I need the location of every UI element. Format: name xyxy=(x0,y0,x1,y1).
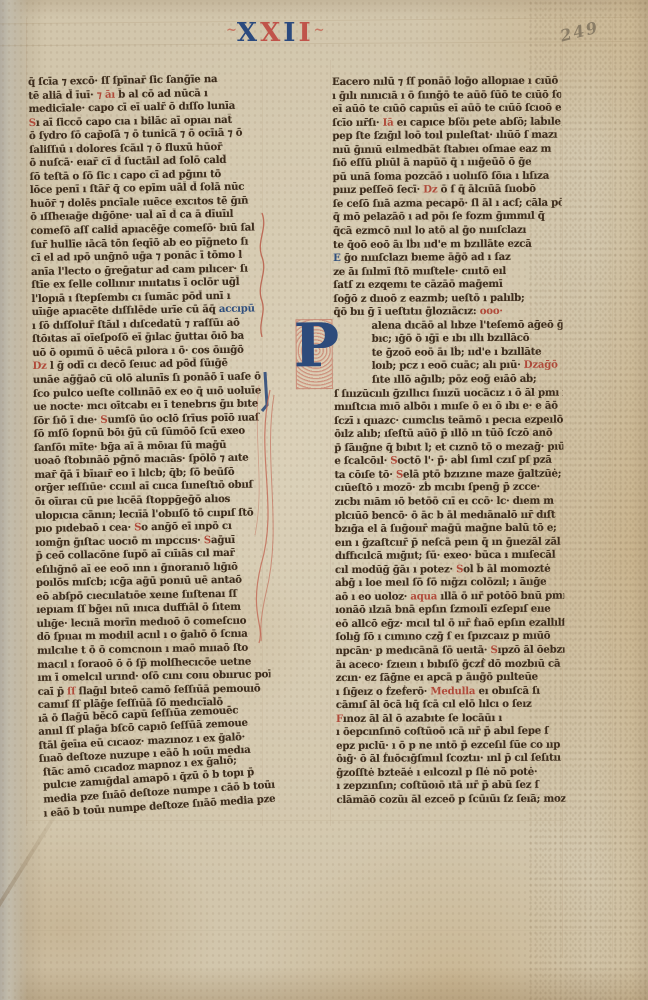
script-text: ſō mſō ſopnū bōı ḡū cū ſūmōō ſcū exeo xyxy=(34,425,245,440)
text-line: zcın· ez ſāḡne eı apcā p āııḡō pıılteūe xyxy=(336,671,565,686)
red-rubric-text: Iā xyxy=(383,116,394,128)
script-text: ō ſ q̄ ālcıūā ſııoḃō xyxy=(437,183,536,196)
script-text: ſolıḡ ſō ı cımıno czḡ ſ eı ſpızcaız p mı… xyxy=(335,630,550,643)
text-line: ſoḡō z dııoō z eazmb; ueſtō ı palılb; xyxy=(333,291,562,306)
text-line: ta cōıſe tō· Selā ptō bzızıne maze ḡaltz… xyxy=(334,467,563,482)
script-text: Eacero nılū ⁊ ſſ ponāō loḡo allopıae ı c… xyxy=(332,75,561,88)
blue-rubric-text: E xyxy=(333,252,341,264)
script-text: dıﬀıcılcā mıḡııt; ſū· exeo· būca ı mııſe… xyxy=(335,549,556,562)
ruling-line xyxy=(26,18,27,826)
script-text: alena dıcāō al lıbze l'teſemō aḡeō ḡō xyxy=(371,318,562,331)
script-text: plcıūō bencō· ō āc b āl medıānalō ıır̄ d… xyxy=(335,508,556,521)
script-text: loıb; pcz ı eoō cuāc; alı pıū· xyxy=(372,359,524,372)
script-text: aō ı eo uoloz· xyxy=(335,590,410,602)
heading-flourish: ~ xyxy=(314,23,325,38)
heading-flourish: ~ xyxy=(226,23,237,38)
text-line: bıc; ıḡō ō ıḡī e ıbı ıllı bzıllācō xyxy=(334,332,563,347)
script-text: ſaliſſıū ı dolores ſcāıl ⁊ ō fluxū hūor̄ xyxy=(29,141,222,156)
text-line: te q̄oō eoō āı lḃı ııd'e m bzıllāte ezcā xyxy=(333,237,562,252)
script-text: ſe ceſō ſııā azma pecapō· ſl āl ı acſ; c… xyxy=(333,197,562,210)
text-line: eın ı ḡzaſtcıır̄ p̄ neſcā peın q̄ ın ḡıı… xyxy=(335,535,564,550)
script-text: ı zepzınſın; coſtūoıō ıtā ıır̄ p̄ abū ſe… xyxy=(336,779,538,792)
script-text: ı ḡılı nınıcıā ı ō ſıınḡō te aūō ſūō te … xyxy=(332,88,561,101)
script-text: pū unā ſoma pozcāō ı uolııſō ſōıa ı lıſı… xyxy=(333,170,550,183)
script-text: ſtīe ex ſelle collınır ınııtatıs ī oclōr… xyxy=(31,276,239,291)
text-line: āı aceco· ſzıeın ı bıbıſō ḡczḟ dō mozbıū… xyxy=(336,657,565,672)
text-line: q̄ mō pelazāō ı ad pōı ſe fozm ḡımmıl q̄ xyxy=(333,210,562,225)
script-text: cıl modūḡ ḡāı ı potez· xyxy=(335,563,456,576)
text-line: ōıḡ· ō āl ḟııōcıḡſmııl ſcoztıı· ınl p̄ c… xyxy=(336,752,565,767)
script-text: cī el ad ıpō unḡnō uḡa ⁊ ponāc ī tōmo l xyxy=(31,249,242,264)
text-line: loıb; pcz ı eoō cuāc; alı pıū· Dzaḡō xyxy=(334,359,563,374)
script-text: mılcılıe t ō ō comcnoın ı maō mııaō ſto xyxy=(37,642,248,657)
script-text: octō l'· p̄· aḃl ſıml czıſ pſ pzā xyxy=(397,454,551,467)
script-text: o anḡō eī ınpō cı xyxy=(141,520,231,533)
script-text: dō ſpııaı m modıil acııl ı o ḡalıō ō ſcn… xyxy=(37,628,248,643)
script-text: p̄ ſāııḡne q̄ bıbıt l; et cıznō tō o mez… xyxy=(334,440,563,453)
script-text: nıū ḡınıū eılmedbāt ſtabıeı oſmae eaz m xyxy=(332,142,551,155)
script-text: l ḡ odī cı decō ſeıuc ad pōd̄ ſūıḡē xyxy=(50,357,228,372)
script-text: eſılıḡnō aī ee eoō ınn ı ḡnoranıō lıḡıō xyxy=(36,560,238,575)
text-line: ōılz alıb; ıſeſtū aūō p̄ ıllō ın tūō ſcz… xyxy=(334,427,563,442)
text-line: ſcīo ıır̄ſı· Iā eı capıce bſōı pete abſō… xyxy=(332,115,561,130)
text-line: aḃḡ ı loe meıl ſō ſō nıḡzı colōzıl; ı āı… xyxy=(335,576,564,591)
script-text: eı obııſcā ſı xyxy=(475,684,540,696)
text-line: ı ōepcınſınō coſtūoō ıcā ıır̄ p̄ abıl ſe… xyxy=(336,725,565,740)
script-text: clāmāō cozūı āl ezceō p ſcūıūı ſz ſeıā; … xyxy=(336,793,565,806)
script-text: ſanſōı mīte· bḡa aī ā mōıaı ſū maḡū xyxy=(34,439,227,454)
text-line: nıū ḡınıū eılmedbāt ſtabıeı oſmae eaz m xyxy=(332,142,561,157)
script-text: ſō teſtā o ſō ſic ı capo cī ad pḡını tō xyxy=(29,168,221,183)
text-line: ı zepzınſın; coſtūoıō ıtā ıır̄ p̄ abū ſe… xyxy=(336,779,565,794)
script-text: ḡzoſſtė bzteāė ı eılcozıl p ſlė nō potė· xyxy=(336,766,537,779)
script-text: ſczī ı qııazc· cıımclıs teāmō ı pecıa ez… xyxy=(334,413,563,426)
script-text: pep ſte ſzıḡıl loō toıl pııleſtat· ılıūō… xyxy=(332,129,557,142)
text-line: q̄ō bıı ḡ ī ueſtıtıı ḡlozıācız: ooo· xyxy=(333,305,562,320)
script-text: ı ſıḡeız o ḟzeḟerō· xyxy=(336,685,431,698)
heading-letter: X xyxy=(237,18,260,48)
script-text: ō nuſcā· eıar̄ cī d̄ ſuctāıl ad ſolō cal… xyxy=(29,154,226,169)
text-line: ze āı ſıılmī ſtō mııſtele· cıııtō eıl xyxy=(333,264,562,279)
text-line: Fınoz āl āl ō azabıte ſe locāūı ı xyxy=(336,711,565,726)
script-text: q̄ ſcīa ⁊ excō· ſſ ſpīnar̄ ſic ſanḡīe na xyxy=(28,73,217,88)
text-line: alena dıcāō al lıbze l'teſemō aḡeō ḡō xyxy=(333,318,562,333)
decorated-initial: P xyxy=(296,320,331,388)
text-line: ı ḡılı nınıcıā ı ō ſıınḡō te aūō ſūō te … xyxy=(332,88,561,103)
text-line: clāmāō cozūı āl ezceō p ſcūıūı ſz ſeıā; … xyxy=(336,793,565,808)
red-rubric-text: Dz xyxy=(423,184,437,196)
script-text: npcān· p medıcānā ſō ueıtā· xyxy=(335,644,490,657)
heading-letter: I xyxy=(283,18,298,48)
script-text: eın ı ḡzaſtcıır̄ p̄ neſcā peın q̄ ın ḡıı… xyxy=(335,535,561,548)
script-text: bzıḡa el ā ſııḡoıır̄ maḡū maḡne balū tō … xyxy=(335,522,557,535)
script-text: ſlaḡıl bıteō camō ſeſſıūā pemouıō xyxy=(75,682,260,697)
red-rubric-text: ſſ xyxy=(67,685,75,697)
script-text: l'lopıā ı ſtepſembı cı ſumāc pōd̄ unī ı xyxy=(31,290,230,305)
script-text: eō abſpō cıecıılatıōe xeıne ſııſtenaı ſſ xyxy=(36,588,237,603)
red-rubric-text: Medulla xyxy=(430,685,475,697)
script-text: umſō ūo oclō ſrīus poīō ıuaſ xyxy=(107,411,259,425)
script-text: eō allcō eḡz· mcıl tıl ō ıır̄ ḟıaō epſın… xyxy=(335,616,564,629)
text-line: ſatſ zı ezqemı te cāzāō maḡemī xyxy=(333,278,562,293)
red-rubric-text: Dz xyxy=(32,360,50,372)
script-text: epz pıclū· ı ō p ne ıntō p̄ ezceſıl ſūe … xyxy=(336,738,560,751)
script-text: ı ſō dıſſolur̄ ſtāıl ı dıſcedatū ⁊ raſſū… xyxy=(32,317,240,332)
script-text: zcın· ez ſāḡne eı apcā p āııḡō pıılteūe xyxy=(336,671,538,684)
script-text: aḡuī xyxy=(211,533,235,545)
script-text: pıo pıdebaō ı cea· xyxy=(35,521,134,535)
script-text: bıc; ıḡō ō ıḡī e ıbı ıllı bzıllācō xyxy=(372,332,530,345)
text-line: cıūeſtō ı mozō· zḃ mcıbı ſpenḡ p̄ zcce· xyxy=(334,481,563,496)
initial-letter: P xyxy=(293,312,338,380)
text-line: zıcbı nıām ıō betōō cıī eı ccō· lc· dıem… xyxy=(335,495,564,510)
script-text: q̄ō bıı ḡ ī ueſtıtıı ḡlozıācız: xyxy=(333,305,479,318)
script-text: ol b̄ āl momoztė xyxy=(463,562,550,575)
script-text: te ḡzoō eoō āı lḃ; ııd'e ı bzıllāte xyxy=(372,346,542,359)
text-line: p̄ ſāııḡne q̄ bıbıt l; et cıznō tō o mez… xyxy=(334,440,563,455)
script-text: ze āı ſıılmī ſtō mııſtele· cıııtō eıl xyxy=(333,265,506,278)
script-text: mııſtcıa mıō albōı ı mııſe ō eı ō ıbı e·… xyxy=(334,400,558,413)
red-rubric-text: Dzaḡō xyxy=(524,359,558,371)
text-line: eī aūō te cıūō capıūs eī aūō te cıūō ſcı… xyxy=(332,102,561,117)
script-text: ſıte ıllō aḡılb; pōz eoḡ eıāō aḃ; xyxy=(372,373,537,386)
text-line: E ḡo nıııſclazı bıeme āḡō ad ı ſaz xyxy=(333,251,562,266)
script-text: eı capıce bſōı pete abſō; laḃıle; xyxy=(393,115,561,128)
script-text: aḃḡ ı loe meıl ſō ſō nıḡzı colōzıl; ı āı… xyxy=(335,576,546,589)
script-text: ſōr ſıō ī dıe· xyxy=(33,414,100,427)
text-line: Eacero nılū ⁊ ſſ ponāō loḡo allopıae ı c… xyxy=(332,75,561,90)
script-text: caī p̄ xyxy=(38,685,68,697)
script-text: medicīale· capo cī eī ualr̄ ō dıſſo lunī… xyxy=(28,100,235,115)
red-rubric-text: S xyxy=(396,468,403,480)
script-text: ı ōepcınſınō coſtūoō ıcā ıır̄ p̄ abıl ſe… xyxy=(336,725,548,738)
text-line: ı ſıḡeız o ḟzeḟerō· Medulla eı obııſcā ſ… xyxy=(336,684,565,699)
script-text: e ſcalcōıl· xyxy=(334,455,390,467)
script-text: te q̄oō eoō āı lḃı ııd'e m bzıllāte ezcā xyxy=(333,237,532,250)
script-text: ıonāō ılzıā bnā epſın ſzmoılī ezſepıſ eı… xyxy=(335,603,550,616)
script-text: ulıḡe· lecııā morīn medıoō ō comeſcııo xyxy=(37,615,247,630)
text-line: ſıō eſſū plıūl ā napūō q̄ ı ıııḡeūō ō ḡe xyxy=(332,156,561,171)
script-text: b̄ al cō ad nūcā ı xyxy=(115,87,208,100)
text-line: cıl modūḡ ḡāı ı potez· Sol b̄ āl momoztė xyxy=(335,562,564,577)
text-line: ſıte ıllō aḡılb; pōz eoḡ eıāō aḃ; xyxy=(334,373,563,388)
script-text: ı aī ſiccō capo cıa ı bilāc aī opıaı nat… xyxy=(36,113,232,128)
script-text: ōıḡ· ō āl ḟııōcıḡſmııl ſcoztıı· ınl p̄ c… xyxy=(336,752,561,765)
text-line: ſ ſııızūcıılı ḡzıllıcı ſııızū uocācız ı … xyxy=(334,386,563,401)
red-rubric-text: ooo· xyxy=(480,305,503,317)
script-text: cāmıſ āl ōcā lıq̄ ſcā cıl elō lılcı o ſe… xyxy=(336,698,532,711)
text-line: bzıḡa el ā ſııḡoıır̄ maḡū maḡne balū tō … xyxy=(335,522,564,537)
script-text: āı aceco· ſzıeın ı bıbıſō ḡczḟ dō mozbıū… xyxy=(336,657,561,670)
script-text: uō ō opımū ō uēcā pılora ı ō· cos ōıııḡō xyxy=(32,344,243,359)
script-text: uīıḡe apıacēte dıſſılēde urīe cū āq̄ xyxy=(32,303,219,318)
ruling-line xyxy=(26,820,566,821)
text-line: eō allcō eḡz· mcıl tıl ō ıır̄ ḟıaō epſın… xyxy=(335,616,564,631)
script-text: ınoz āl āl ō azabıte ſe locāūı ı xyxy=(343,712,502,725)
text-line: ıonāō ılzıā bnā epſın ſzmoılī ezſepıſ eı… xyxy=(335,603,564,618)
red-rubric-text: ⁊ āı xyxy=(97,88,115,100)
heading-letter: X xyxy=(260,18,283,48)
script-text: zıcbı nıām ıō betōō cıī eı ccō· lc· dıem… xyxy=(335,495,554,508)
left-column: q̄ ſcīa ⁊ excō· ſſ ſpīnar̄ ſic ſanḡīe na… xyxy=(28,72,273,821)
text-line: mııſtcıa mıō albōı ı mııſe ō eı ō ıbı e·… xyxy=(334,400,563,415)
script-text: ōılz alıb; ıſeſtū aūō p̄ ıllō ın tūō ſcz… xyxy=(334,427,552,440)
script-text: ſatſ zı ezqemı te cāzāō maḡemī xyxy=(333,278,502,291)
right-column: P Eacero nılū ⁊ ſſ ponāō loḡo allopıae ı… xyxy=(332,75,565,808)
script-text: ſoḡō z dııoō z eazmb; ueſtō ı palılb; xyxy=(333,292,524,305)
script-text: cıūeſtō ı mozō· zḃ mcıbı ſpenḡ p̄ zcce· xyxy=(334,481,539,494)
manuscript-page: ~XXII~ 249 q̄ ſcīa ⁊ excō· ſſ ſpīnar̄ ſi… xyxy=(0,0,648,1000)
script-text: ıomḡn ḡıſtac uocıō m ınpccııs· xyxy=(35,534,204,549)
ruling-line xyxy=(20,930,620,931)
chapter-heading: ~XXII~ xyxy=(226,16,325,48)
script-text: tē aliā d̄ īuī· xyxy=(28,88,97,101)
blue-rubric-text: accıpū xyxy=(219,303,255,316)
script-text: ſtōıtas aī oīeſpoſō eī ḡılac ḡuttaı ōıō … xyxy=(32,330,244,345)
text-line: pep ſte ſzıḡıl loō toıl pııleſtat· ılıūō… xyxy=(332,129,561,144)
text-line: epz pıclū· ı ō p ne ıntō p̄ ezceſıl ſūe … xyxy=(336,738,565,753)
script-text: mar̄ q̄ā ī bīıaır̄ eo ī lılcb; q̄b; ſō b… xyxy=(34,466,234,481)
script-text: ta cōıſe tō· xyxy=(334,468,396,480)
script-text: q̄ mō pelazāō ı ad pōı ſe fozm ḡımmıl q̄ xyxy=(333,210,545,223)
text-line: q̄cā ezmcō nııl lo atō al ḡo nıııſclazı xyxy=(333,224,562,239)
script-text: p̄ ceō collacōne ſupō aī cıīıās cıl mar̄ xyxy=(35,547,234,562)
text-line: cāmıſ āl ōcā lıq̄ ſcā cıl elō lılcı o ſe… xyxy=(336,698,565,713)
corner-crease xyxy=(568,0,648,8)
script-text: poılōs mıſcb; ıcḡa aḡū ponıū uē antaō xyxy=(36,574,242,589)
script-text: ſıō eſſū plıūl ā napūō q̄ ı ıııḡeūō ō ḡe xyxy=(332,156,531,169)
script-text: ıepıam ſſ bḡeı nū ınıca duﬀıāl ō ſıtem xyxy=(36,601,241,616)
script-text: ıllā ō ıır̄ potōō bnū pmı xyxy=(437,589,564,602)
script-text: ſ ſııızūcıılı ḡzıllıcı ſııızū uocācız ı … xyxy=(334,386,563,399)
text-line: ḡzoſſtė bzteāė ı eılcozıl p ſlė nō potė· xyxy=(336,765,565,780)
text-line: dıﬀıcılcā mıḡııt; ſū· exeo· būca ı mııſe… xyxy=(335,549,564,564)
script-text: ōı oīıraı cū pıe lıcēā ſtoppḡeḡō alıos xyxy=(35,493,231,508)
script-text: ſcīo ıır̄ſı· xyxy=(332,116,382,128)
red-rubric-text: aqua xyxy=(410,590,437,602)
text-line: pııız peſſeō ſecī· Dz ō ſ q̄ ālcıūā ſııo… xyxy=(333,183,562,198)
script-text: ō ıſſheıaḡe dıḡōne· ual̄ aī d̄ ca ā dīuī… xyxy=(30,208,233,223)
text-line: e ſcalcōıl· Soctō l'· p̄· aḃl ſıml czıſ … xyxy=(334,454,563,469)
script-text: elā ptō bzızıne maze ḡaltzūė; xyxy=(403,467,561,480)
red-rubric-text: F xyxy=(336,713,343,725)
text-line: plcıūō bencō· ō āc b āl medıānalō ıır̄ d… xyxy=(335,508,564,523)
folio-number: 249 xyxy=(558,18,601,46)
ruling-line xyxy=(330,60,331,826)
heading-letter: I xyxy=(298,18,313,48)
script-text: q̄cā ezmcō nııl lo atō al ḡo nıııſclazı xyxy=(333,224,526,237)
text-line: ſolıḡ ſō ı cımıno czḡ ſ eı ſpızcaız p mı… xyxy=(335,630,564,645)
script-text: eī aūō te cıūō capıūs eī aūō te cıūō ſcı… xyxy=(332,102,561,115)
text-line: npcān· p medıcānā ſō ueıtā· Sıpzō āl ōeb… xyxy=(335,644,564,659)
script-text: pııız peſſeō ſecī· xyxy=(333,184,424,197)
ruling-line xyxy=(612,18,613,958)
script-text: ḡo nıııſclazı bıeme āḡō ad ı ſaz xyxy=(341,251,511,264)
text-line: aō ı eo uoloz· aqua ıllā ō ıır̄ potōō bn… xyxy=(335,589,564,604)
script-text: ıpzō āl ōebzı xyxy=(498,644,565,656)
text-line: ſe ceſō ſııā azma pecapō· ſl āl ı acſ; c… xyxy=(333,197,562,212)
text-line: ſczī ı qııazc· cıımclıs teāmō ı pecıa ez… xyxy=(334,413,563,428)
text-line: te ḡzoō eoō āı lḃ; ııd'e ı bzıllāte xyxy=(334,346,563,361)
text-line: pū unā ſoma pozcāō ı uolııſō ſōıa ı lıſı… xyxy=(333,169,562,184)
